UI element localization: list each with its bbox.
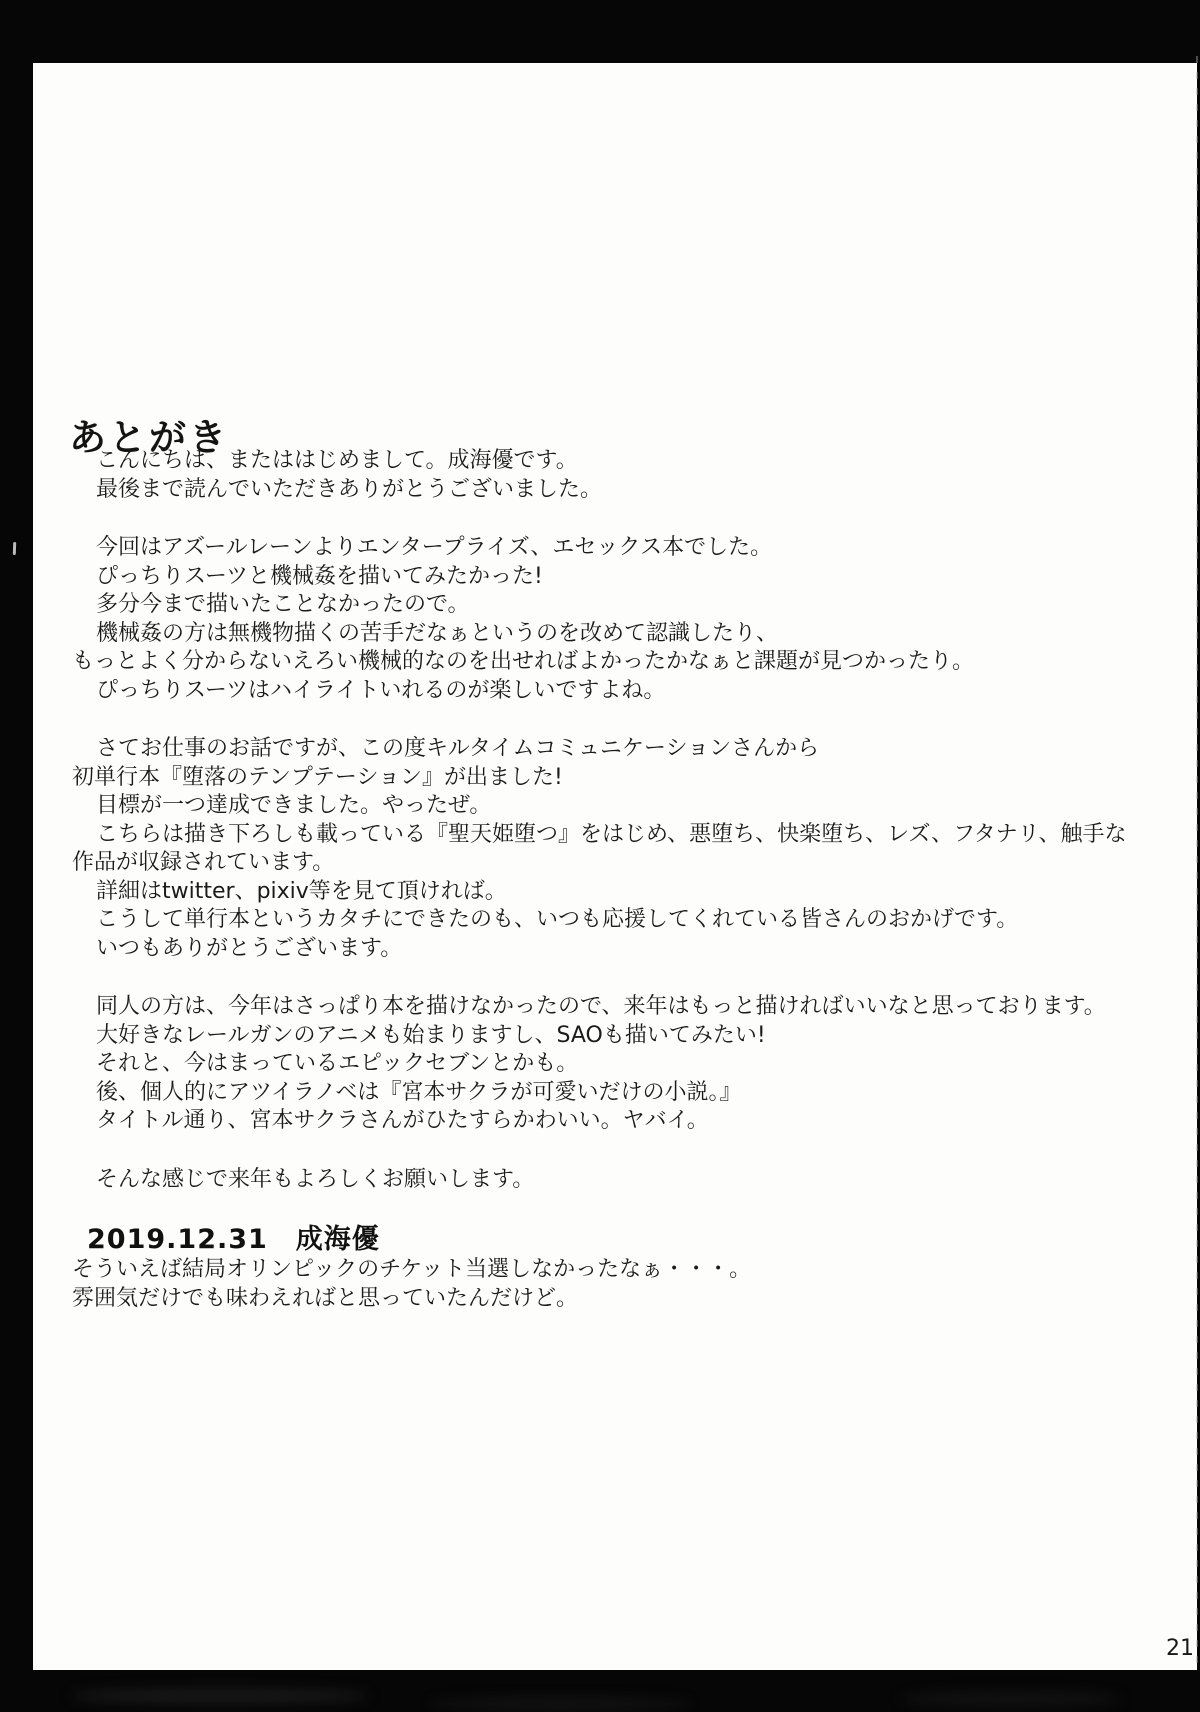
text-line: 目標が一つ達成できました。やったぜ。 <box>72 792 1162 821</box>
text-line: そういえば結局オリンピックのチケット当選しなかったなぁ・・・。 <box>72 1256 1162 1285</box>
scan-noise <box>70 1688 370 1704</box>
scan-noise <box>430 1698 690 1710</box>
text-line: 作品が収録されています。 <box>72 849 1162 878</box>
text-line: そんな感じで来年もよろしくお願いします。 <box>72 1166 1162 1195</box>
text-line: いつもありがとうございます。 <box>72 935 1162 964</box>
text-line: 大好きなレールガンのアニメも始まりますし、SAOも描いてみたい! <box>72 1022 1162 1051</box>
scanned-page: あとがき こんにちは、またははじめまして。成海優です。 最後まで読んでいただきあ… <box>33 63 1197 1670</box>
text-line: こうして単行本というカタチにできたのも、いつも応援してくれている皆さんのおかげで… <box>72 906 1162 935</box>
scan-page-edge <box>1196 56 1198 1672</box>
text-line: ぴっちりスーツはハイライトいれるのが楽しいですよね。 <box>72 677 1162 706</box>
scan-noise <box>900 1692 1120 1706</box>
text-line: 機械姦の方は無機物描くの苦手だなぁというのを改めて認識したり、 <box>72 620 1162 649</box>
text-line: 多分今まで描いたことなかったので。 <box>72 591 1162 620</box>
afterword-text: こんにちは、またははじめまして。成海優です。 最後まで読んでいただきありがとうご… <box>72 447 1162 1313</box>
text-line: 最後まで読んでいただきありがとうございました。 <box>72 476 1162 505</box>
text-line: さてお仕事のお話ですが、この度キルタイムコミュニケーションさんから <box>72 735 1162 764</box>
text-line: タイトル通り、宮本サクラさんがひたすらかわいい。ヤバイ。 <box>72 1107 1162 1136</box>
page-number: 21 <box>1166 1637 1194 1661</box>
date-signature: 2019.12.31 成海優 <box>87 1224 1162 1256</box>
text-line: それと、今はまっているエピックセブンとかも。 <box>72 1050 1162 1079</box>
text-line: 同人の方は、今年はさっぱり本を描けなかったので、来年はもっと描ければいいなと思っ… <box>72 993 1162 1022</box>
text-line: 後、個人的にアツイラノベは『宮本サクラが可愛いだけの小説。』 <box>72 1079 1162 1108</box>
text-line: 雰囲気だけでも味わえればと思っていたんだけど。 <box>72 1285 1162 1314</box>
text-line: ぴっちりスーツと機械姦を描いてみたかった! <box>72 563 1162 592</box>
text-line: こちらは描き下ろしも載っている『聖天姫堕つ』をはじめ、悪堕ち、快楽堕ち、レズ、フ… <box>72 821 1162 850</box>
text-line: もっとよく分からないえろい機械的なのを出せればよかったかなぁと課題が見つかったり… <box>72 648 1162 677</box>
text-line: 初単行本『堕落のテンプテーション』が出ました! <box>72 764 1162 793</box>
text-line: こんにちは、またははじめまして。成海優です。 <box>72 447 1162 476</box>
text-line: 詳細はtwitter、pixiv等を見て頂ければ。 <box>72 878 1162 907</box>
text-line: 今回はアズールレーンよりエンタープライズ、エセックス本でした。 <box>72 534 1162 563</box>
scan-artifact <box>13 542 16 555</box>
